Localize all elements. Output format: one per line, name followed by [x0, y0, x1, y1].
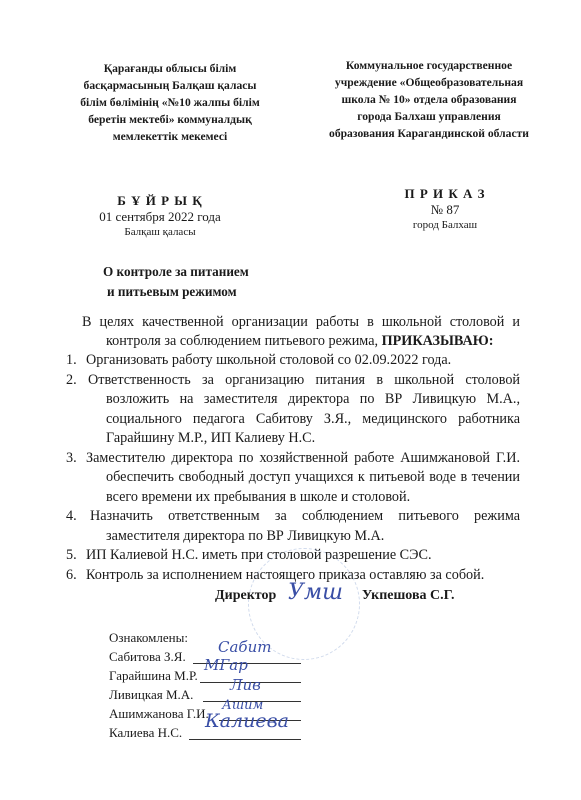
preamble-text: контроля за соблюдением питьевого режима… — [106, 333, 382, 349]
item-line: всего времени их пребывания в школе и ст… — [106, 488, 410, 508]
header-right-line: Коммунальное государственное — [298, 57, 560, 74]
item-line: возложить на заместителя директора по ВР… — [106, 390, 520, 410]
item-line: обеспечить свободный доступ учащихся к п… — [106, 468, 520, 488]
header-left-line: мемлекеттік мекемесі — [40, 128, 300, 145]
director-role: Директор — [215, 588, 276, 604]
order-number: № 87 — [380, 202, 510, 218]
handwritten-signature: МГар — [204, 656, 248, 676]
handwritten-signature: Лив — [230, 676, 261, 696]
item-line: заместителя директора по ВР Ливицкую М.А… — [106, 527, 384, 547]
item-number: 1. — [66, 351, 77, 371]
order-subject: О контроле за питанием и питьевым режимо… — [103, 262, 249, 302]
item-line: ИП Калиевой Н.С. иметь при столовой разр… — [86, 546, 432, 566]
handwritten-signature: Сабит — [218, 638, 271, 658]
acknowledged-name: Сабитова З.Я. — [109, 647, 186, 667]
item-line: Ответственность за организацию питания в… — [88, 371, 520, 391]
item-line: Заместителю директора по хозяйственной р… — [86, 449, 520, 469]
acknowledged-label: Ознакомлены: — [109, 628, 188, 648]
director-name: Укпешова С.Г. — [362, 588, 454, 604]
item-number: 6. — [66, 566, 77, 586]
preamble-line: контроля за соблюдением питьевого режима… — [106, 332, 493, 352]
subject-line: О контроле за питанием — [103, 262, 249, 282]
item-number: 5. — [66, 546, 77, 566]
item-number: 4. — [66, 507, 77, 527]
header-left-line: басқармасының Балқаш қаласы — [40, 77, 300, 94]
item-number: 3. — [66, 449, 77, 469]
director-signature: Умш — [288, 580, 343, 605]
item-line: Организовать работу школьной столовой со… — [86, 351, 451, 371]
acknowledged-name: Калиева Н.С. — [109, 723, 182, 743]
header-right-line: учреждение «Общеобразовательная — [298, 74, 560, 91]
order-city-kz: Балқаш қаласы — [80, 225, 240, 240]
order-block-kz: Б Ұ Й Р Ы Қ 01 сентября 2022 года Балқаш… — [80, 193, 240, 240]
acknowledged-name: Ливицкая М.А. — [109, 685, 193, 705]
signature-line — [189, 739, 301, 740]
item-line: Гарайшину М.Р., ИП Калиеву Н.С. — [106, 429, 315, 449]
header-right-line: города Балхаш управления — [298, 108, 560, 125]
order-date: 01 сентября 2022 года — [80, 209, 240, 225]
header-right-line: школа № 10» отдела образования — [298, 91, 560, 108]
handwritten-signature: Калиева — [205, 712, 289, 732]
item-number: 2. — [66, 371, 77, 391]
header-right-institution: Коммунальное государственное учреждение … — [298, 57, 560, 142]
acknowledged-name: Ашимжанова Г.И. — [109, 704, 209, 724]
prikazyvayu-label: ПРИКАЗЫВАЮ: — [382, 333, 494, 349]
subject-line: и питьевым режимом — [103, 282, 249, 302]
header-right-line: образования Карагандинской области — [298, 125, 560, 142]
item-line: социального педагога Сабитову З.Я., меди… — [106, 410, 520, 430]
acknowledged-name: Гарайшина М.Р. — [109, 666, 198, 686]
item-line: Назначить ответственным за соблюдением п… — [90, 507, 520, 527]
header-left-line: беретін мектебі» коммуналдық — [40, 111, 300, 128]
order-title-ru: П Р И К А З — [380, 186, 510, 202]
header-left-line: білім бөлімінің «№10 жалпы білім — [40, 94, 300, 111]
preamble-line: В целях качественной организации работы … — [82, 313, 520, 333]
header-left-institution: Қарағанды облысы білім басқармасының Бал… — [40, 60, 300, 145]
order-block-ru: П Р И К А З № 87 город Балхаш — [380, 186, 510, 233]
header-left-line: Қарағанды облысы білім — [40, 60, 300, 77]
order-city-ru: город Балхаш — [380, 218, 510, 233]
order-title-kz: Б Ұ Й Р Ы Қ — [80, 193, 240, 209]
